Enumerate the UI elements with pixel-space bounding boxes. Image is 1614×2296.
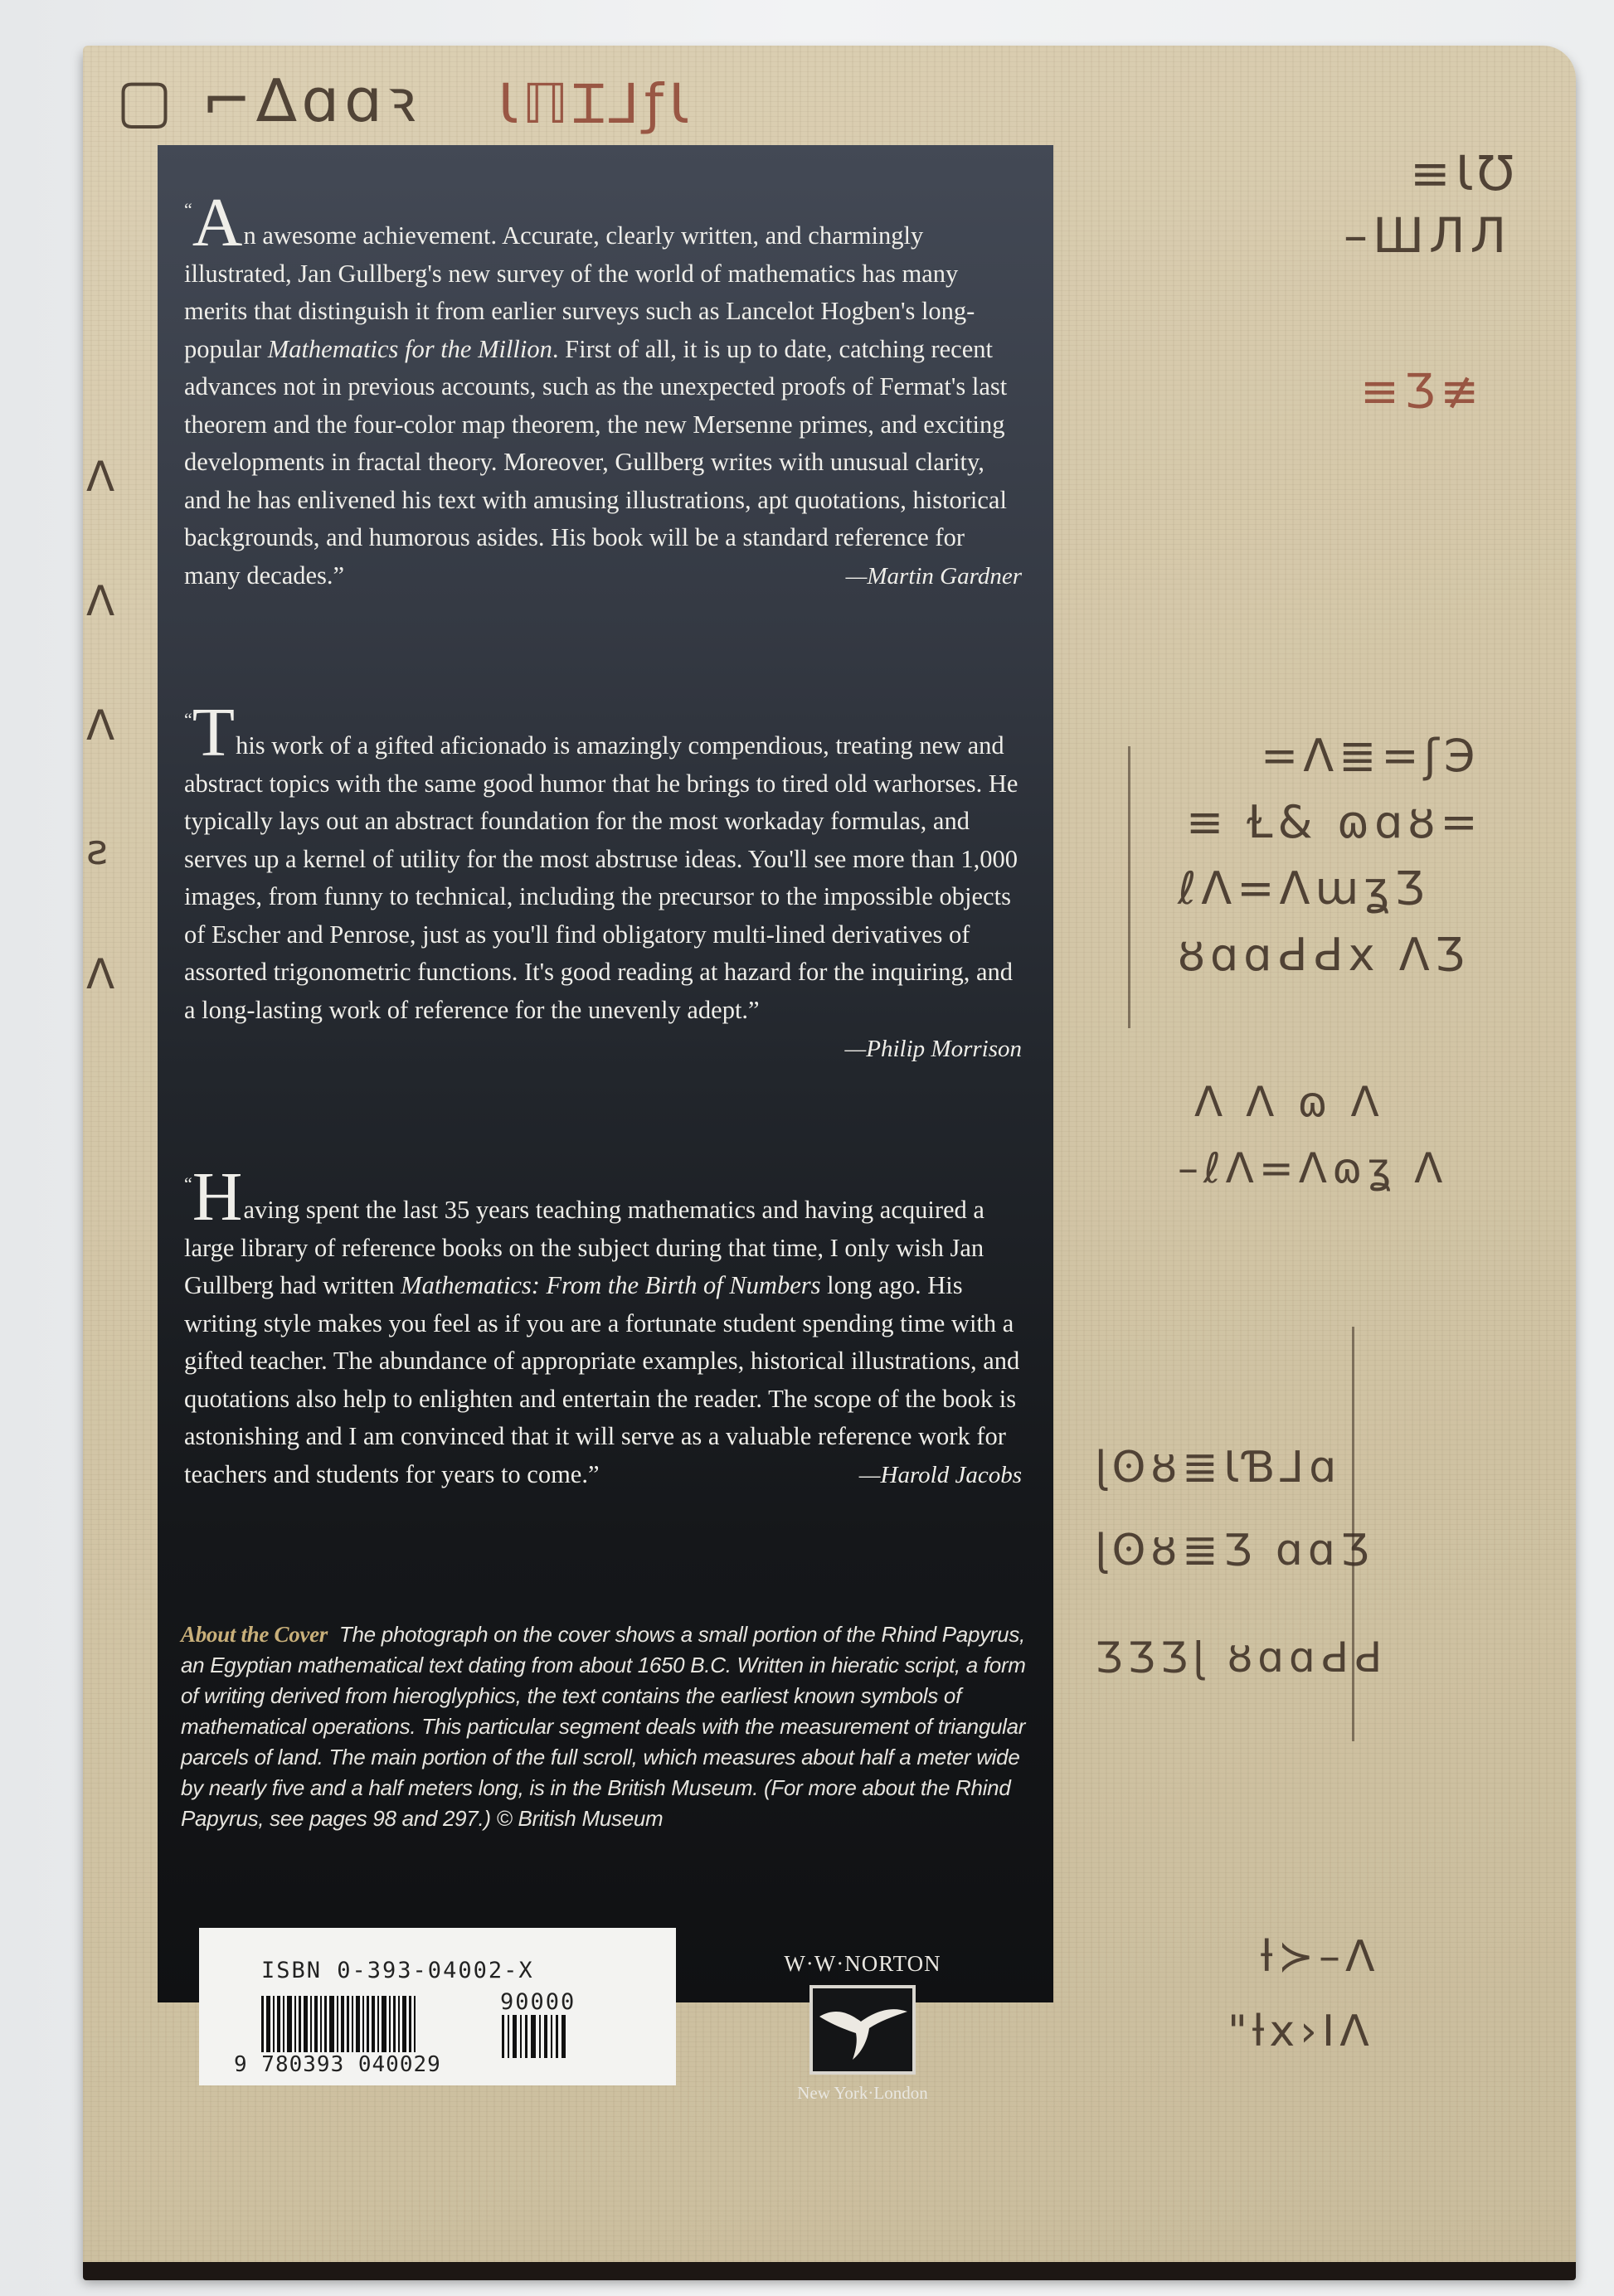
ean-number: 9 780393 040029	[232, 2052, 443, 2077]
papyrus-rule-line	[1352, 1327, 1354, 1741]
papyrus-glyph-right-13: "ƚx›ΙɅ	[1228, 2007, 1374, 2056]
review-panel: “An awesome achievement. Accurate, clear…	[158, 145, 1053, 2002]
publisher-name: W·W·NORTON	[738, 1951, 987, 1977]
papyrus-glyph-top-left: ▢ ⌐∆ɑɑꝛ	[116, 58, 421, 139]
papyrus-rule-line	[1128, 746, 1130, 1028]
about-cover-label: About the Cover	[181, 1622, 328, 1647]
drop-cap: A	[192, 184, 243, 261]
about-cover-text: The photograph on the cover shows a smal…	[181, 1622, 1026, 1831]
papyrus-glyph-right-red: ≡Ʒ≢	[1360, 365, 1484, 419]
attribution: —Philip Morrison	[184, 1031, 1022, 1069]
book-title-italic: Mathematics: From the Birth of Numbers	[401, 1271, 820, 1299]
quote-text: his work of a gifted aficionado is amazi…	[184, 731, 1018, 1024]
papyrus-glyph-right-8: –ℓɅ=Ʌɷʓ Ʌ	[1178, 1144, 1447, 1192]
price-code: 90000	[500, 1989, 576, 2015]
publisher-cities: New York·London	[738, 2083, 987, 2104]
book-title-italic: Mathematics for the Million	[268, 335, 552, 363]
papyrus-glyph-right-11: ƷƷƷɭ ȣɑɑԀԀ	[1095, 1633, 1387, 1682]
papyrus-glyph-right-10: ɭʘȣ≣Ʒ ɑɑƷ	[1095, 1526, 1374, 1575]
price-barcode-bars	[502, 2015, 569, 2058]
papyrus-glyph-right-2: –ШЛЛ	[1344, 207, 1511, 264]
papyrus-glyph-right-3: =Ʌ≣=ʃЭ	[1261, 730, 1480, 782]
quote-philip-morrison: “This work of a gifted aficionado is ama…	[184, 701, 1022, 1069]
drop-cap: T	[192, 694, 235, 771]
book-bottom-edge	[83, 2262, 1576, 2280]
about-the-cover: About the Cover The photograph on the co…	[181, 1619, 1027, 1834]
papyrus-glyph-right-7: Ʌ Ʌ ɷ Ʌ	[1194, 1078, 1384, 1126]
papyrus-glyph-right-4: ≡ Ɫ& ɷɑȣ=	[1186, 796, 1483, 848]
seagull-logo-icon	[809, 1985, 916, 2075]
quote-text: . First of all, it is up to date, catchi…	[184, 335, 1007, 590]
papyrus-glyph-left-edge: Ʌ Ʌ Ʌ ƨ Ʌ	[86, 415, 119, 1036]
isbn-number: ISBN 0-393-04002-X	[261, 1958, 534, 1983]
papyrus-glyph-right-12: ƚ≻–Ʌ	[1261, 1932, 1380, 1982]
isbn-barcode: ISBN 0-393-04002-X 90000 9 780393 040029	[199, 1928, 676, 2085]
papyrus-glyph-right-9: ɭʘȣ≣ƖƁ⅃ɑ	[1095, 1443, 1341, 1493]
quote-text: long ago. His writing style makes you fe…	[184, 1271, 1019, 1488]
papyrus-glyph-right-6: ȣɑɑԀԀx ɅƷ	[1178, 929, 1470, 981]
publisher-imprint: W·W·NORTON New York·London	[738, 1951, 987, 2104]
quote-martin-gardner: “An awesome achievement. Accurate, clear…	[184, 191, 1022, 596]
quote-harold-jacobs: “Having spent the last 35 years teaching…	[184, 1165, 1022, 1495]
papyrus-glyph-right-top: ≡ƖƱ	[1410, 145, 1519, 201]
papyrus-glyph-right-5: ℓɅ=ɅɯʓƷ	[1178, 862, 1429, 915]
papyrus-glyph-top-red: ƖℿꞮ⅃ƒƖ	[498, 65, 693, 139]
drop-cap: H	[192, 1158, 243, 1235]
